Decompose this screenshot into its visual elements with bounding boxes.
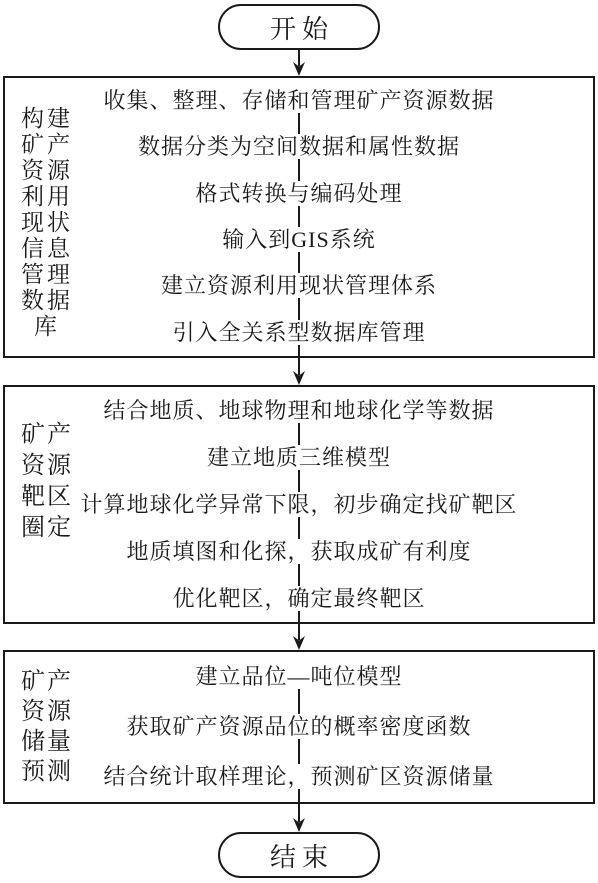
- stage-label: 矿产资源靶区圈定: [18, 420, 76, 544]
- stage-box-reserve-prediction: 矿产资源储量预测 建立品位—吨位模型 获取矿产资源品位的概率密度函数 结合统计取…: [3, 650, 595, 804]
- stage-label: 矿产资源储量预测: [18, 667, 76, 787]
- step-text: 数据分类为空间数据和属性数据: [133, 134, 465, 159]
- step-text: 输入到GIS系统: [217, 227, 380, 252]
- stage-box-target-area: 矿产资源靶区圈定 结合地质、地球物理和地球化学等数据 建立地质三维模型 计算地球…: [3, 385, 595, 624]
- step-text: 获取矿产资源品位的概率密度函数: [121, 714, 476, 739]
- step-row: 收集、整理、存储和管理矿产资源数据: [5, 86, 593, 116]
- step-row: 计算地球化学异常下限，初步确定找矿靶区: [5, 490, 593, 520]
- step-row: 格式转换与编码处理: [5, 179, 593, 209]
- step-row: 建立资源利用现状管理体系: [5, 271, 593, 301]
- stage-box-database: 构建矿产资源利用现状信息管理数据库 收集、整理、存储和管理矿产资源数据 数据分类…: [3, 76, 595, 358]
- down-arrow-icon: [291, 624, 307, 650]
- step-row: 建立地质三维模型: [5, 443, 593, 473]
- step-text: 建立地质三维模型: [202, 445, 396, 470]
- stage-steps: 建立品位—吨位模型 获取矿产资源品位的概率密度函数 结合统计取样理论，预测矿区资…: [5, 652, 593, 802]
- step-row: 地质填图和化探，获取成矿有利度: [5, 537, 593, 567]
- step-text: 结合地质、地球物理和地球化学等数据: [98, 398, 499, 423]
- step-row: 获取矿产资源品位的概率密度函数: [5, 712, 593, 742]
- stage-label: 构建矿产资源利用现状信息管理数据库: [18, 106, 76, 340]
- end-terminal: 结束: [218, 832, 380, 878]
- step-text: 地质填图和化探，获取成矿有利度: [121, 539, 476, 564]
- step-text: 结合统计取样理论，预测矿区资源储量: [98, 764, 499, 789]
- step-text: 优化靶区，确定最终靶区: [167, 586, 430, 611]
- start-terminal: 开始: [218, 4, 380, 50]
- step-row: 建立品位—吨位模型: [5, 662, 593, 692]
- step-text: 建立品位—吨位模型: [190, 664, 407, 689]
- step-row: 结合地质、地球物理和地球化学等数据: [5, 396, 593, 426]
- step-text: 建立资源利用现状管理体系: [156, 273, 442, 298]
- step-text: 引入全关系型数据库管理: [167, 320, 430, 345]
- stage-steps: 结合地质、地球物理和地球化学等数据 建立地质三维模型 计算地球化学异常下限，初步…: [5, 387, 593, 622]
- down-arrow-icon: [291, 804, 307, 832]
- stage-steps: 收集、整理、存储和管理矿产资源数据 数据分类为空间数据和属性数据 格式转换与编码…: [5, 78, 593, 356]
- step-text: 格式转换与编码处理: [190, 181, 407, 206]
- step-row: 结合统计取样理论，预测矿区资源储量: [5, 762, 593, 792]
- step-text: 计算地球化学异常下限，初步确定找矿靶区: [75, 492, 522, 517]
- end-label: 结束: [264, 837, 334, 874]
- step-text: 收集、整理、存储和管理矿产资源数据: [98, 88, 499, 113]
- start-label: 开始: [264, 9, 334, 46]
- step-row: 引入全关系型数据库管理: [5, 318, 593, 348]
- down-arrow-icon: [291, 50, 307, 76]
- down-arrow-icon: [291, 358, 307, 385]
- step-row: 输入到GIS系统: [5, 225, 593, 255]
- step-row: 数据分类为空间数据和属性数据: [5, 132, 593, 162]
- step-row: 优化靶区，确定最终靶区: [5, 584, 593, 614]
- flowchart-canvas: 开始 构建矿产资源利用现状信息管理数据库 收集、整理、存储和管理矿产资源数据 数…: [0, 0, 598, 883]
